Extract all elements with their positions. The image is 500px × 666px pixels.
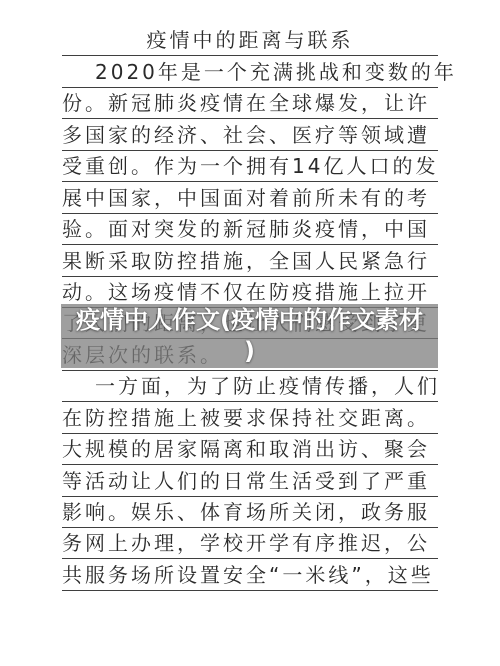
essay-line-text: 共服务场所设置安全“一米线”，这些 <box>62 562 438 590</box>
essay-line-text: 份。新冠肺炎疫情在全球爆发，让许 <box>62 90 438 118</box>
essay-line: 在防控措施上被要求保持社交距离。 <box>62 402 438 433</box>
essay-line: 多国家的经济、社会、医疗等领域遭 <box>62 119 438 150</box>
essay-line: 等活动让人们的日常生活受到了严重 <box>62 465 438 496</box>
essay-line-text: 在防控措施上被要求保持社交距离。 <box>62 405 438 433</box>
essay-page: 疫情中的距离与联系 2020年是一个充满挑战和变数的年 份。新冠肺炎疫情在全球爆… <box>0 0 500 666</box>
watermark-overlay: 疫情中人作文(疫情中的作文素材 ) <box>61 304 438 368</box>
essay-line-text: 一方面，为了防止疫情传播，人们 <box>62 373 440 401</box>
essay-line: 展中国家，中国面对着前所未有的考 <box>62 182 438 213</box>
essay-line: 2020年是一个充满挑战和变数的年 <box>62 56 438 87</box>
essay-line: 果断采取防控措施，全国人民紧急行 <box>62 245 438 276</box>
watermark-text-line2: ) <box>61 336 438 367</box>
essay-line-text: 受重创。作为一个拥有14亿人口的发 <box>62 153 438 181</box>
essay-line: 疫情中的距离与联系 <box>62 25 438 56</box>
essay-line-text: 验。面对突发的新冠肺炎疫情，中国 <box>62 216 438 244</box>
essay-line-text: 2020年是一个充满挑战和变数的年 <box>62 59 457 87</box>
watermark-text-line1: 疫情中人作文(疫情中的作文素材 <box>61 305 438 336</box>
essay-line: 影响。娱乐、体育场所关闭，政务服 <box>62 497 438 528</box>
essay-line-text: 大规模的居家隔离和取消出访、聚会 <box>62 436 438 464</box>
essay-line: 份。新冠肺炎疫情在全球爆发，让许 <box>62 88 438 119</box>
essay-line-text: 影响。娱乐、体育场所关闭，政务服 <box>62 499 438 527</box>
essay-line-text: 动。这场疫情不仅在防疫措施上拉开 <box>62 279 438 307</box>
essay-line-text: 展中国家，中国面对着前所未有的考 <box>62 185 438 213</box>
essay-line-text: 疫情中的距离与联系 <box>62 27 438 55</box>
essay-line-text: 务网上办理，学校开学有序推迟，公 <box>62 530 438 558</box>
essay-line-text: 等活动让人们的日常生活受到了严重 <box>62 468 438 496</box>
essay-line-text: 果断采取防控措施，全国人民紧急行 <box>62 248 438 276</box>
essay-line: 务网上办理，学校开学有序推迟，公 <box>62 528 438 559</box>
essay-line: 共服务场所设置安全“一米线”，这些 <box>62 559 438 590</box>
essay-line: 一方面，为了防止疫情传播，人们 <box>62 371 438 402</box>
essay-line: 大规模的居家隔离和取消出访、聚会 <box>62 434 438 465</box>
essay-line: 受重创。作为一个拥有14亿人口的发 <box>62 151 438 182</box>
essay-line: 验。面对突发的新冠肺炎疫情，中国 <box>62 214 438 245</box>
essay-line-text: 多国家的经济、社会、医疗等领域遭 <box>62 122 438 150</box>
